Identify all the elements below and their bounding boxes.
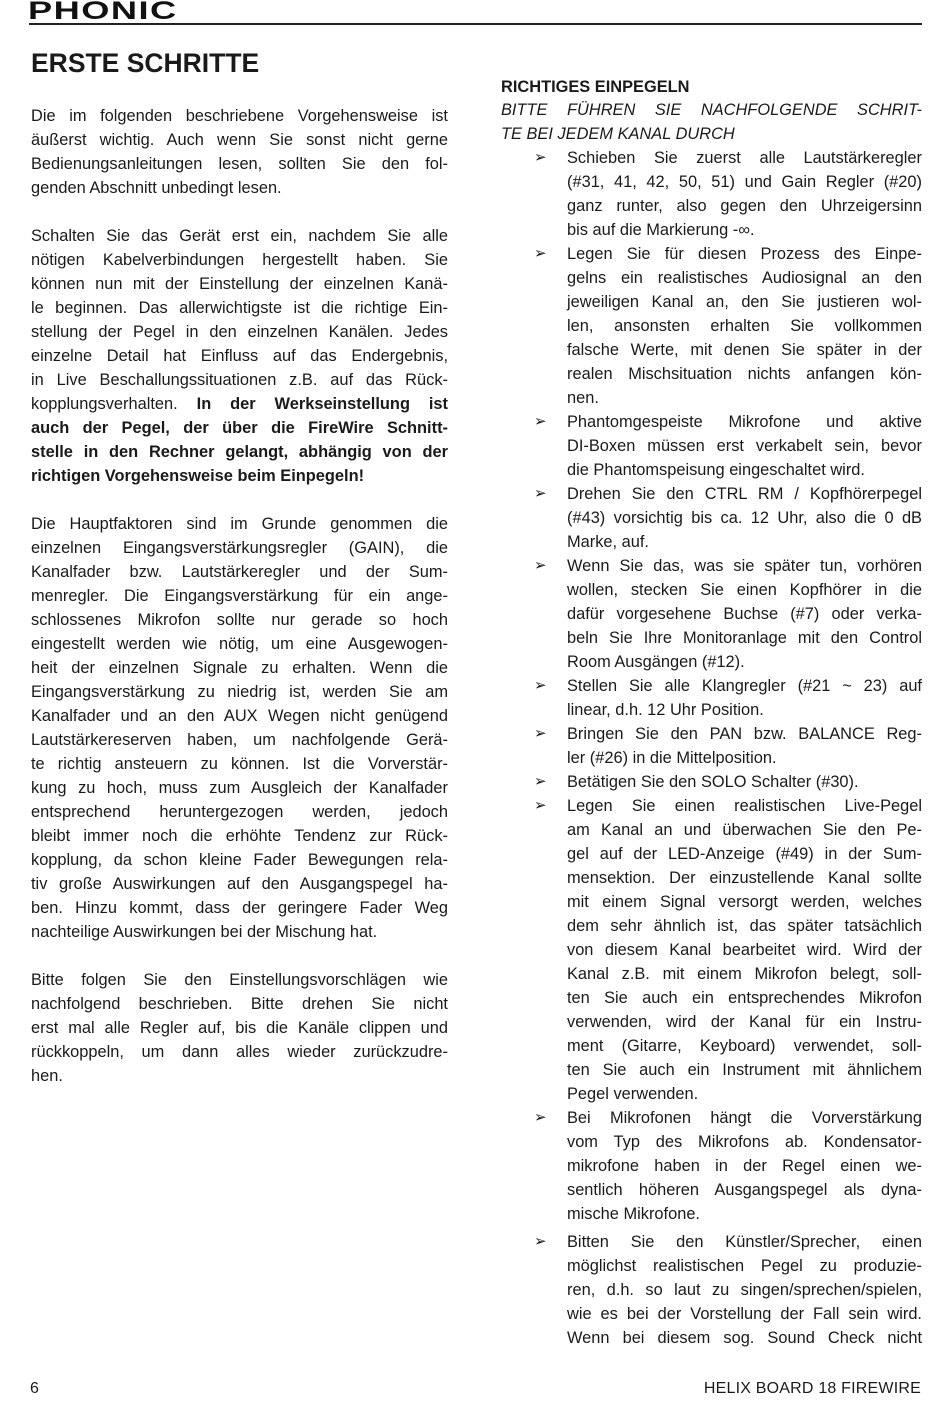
text-line: äußerst wichtig. Auch wenn Sie sonst nic… [31, 128, 448, 152]
text-line: mische Mikrofone. [567, 1202, 922, 1226]
text-line: nötigen Kabelverbindungen hergestellt ha… [31, 248, 448, 272]
text-line: sentlich höheren Ausgangspegel als dyna- [567, 1178, 922, 1202]
text-line: mikrofone haben in der Regel einen we- [567, 1154, 922, 1178]
text-line: Kanalfader und an den AUX Wegen nicht ge… [31, 704, 448, 728]
text-line: genden Abschnitt unbedingt lesen. [31, 176, 448, 200]
text-line-bold: auch der Pegel, der über die FireWire Sc… [31, 416, 448, 440]
text-line: bleibt immer noch die erhöhte Tendenz zu… [31, 824, 448, 848]
text-line: Phantomgespeiste Mikrofone und aktive [567, 410, 922, 434]
text-line: te richtig ansteuern zu können. Ist die … [31, 752, 448, 776]
arrow-bullet-icon: ➢ [534, 242, 547, 266]
text-line: le beginnen. Das allerwichtigste ist die… [31, 296, 448, 320]
text-line: Drehen Sie den CTRL RM / Kopfhörerpegel [567, 482, 922, 506]
text-line: Bei Mikrofonen hängt die Vorverstärkung [567, 1106, 922, 1130]
text-line: tiv große Auswirkungen auf den Ausgangsp… [31, 872, 448, 896]
text-line: (#31, 41, 42, 50, 51) und Gain Regler (#… [567, 170, 922, 194]
text-line: dem sehr ähnlich ist, das später tatsäch… [567, 914, 922, 938]
text-line: Stellen Sie alle Klangregler (#21 ~ 23) … [567, 674, 922, 698]
arrow-bullet-icon: ➢ [534, 794, 547, 818]
text-line: Room Ausgängen (#12). [567, 650, 922, 674]
text-line-bold: richtigen Vorgehensweise beim Einpegeln! [31, 464, 448, 488]
text-line: ten Sie auch ein entsprechendes Mikrofon [567, 986, 922, 1010]
subsection-instruction-line: BITTE FÜHREN SIE NACHFOLGENDE SCHRIT- [501, 98, 922, 122]
text-line: Bitten Sie den Künstler/Sprecher, einen [567, 1230, 922, 1254]
text-line: DI-Boxen müssen erst verkabelt sein, bev… [567, 434, 922, 458]
arrow-bullet-icon: ➢ [534, 770, 547, 794]
arrow-bullet-icon: ➢ [534, 482, 547, 506]
text-line: Pegel verwenden. [567, 1082, 922, 1106]
text-line: nachteilige Auswirkungen bei der Mischun… [31, 920, 448, 944]
text-line: Eingangsverstärkung zu niedrig ist, werd… [31, 680, 448, 704]
text-line: entsprechend heruntergezogen werden, jed… [31, 800, 448, 824]
text-line: ment (Gitarre, Keyboard) verwendet, soll… [567, 1034, 922, 1058]
text-line: Die Hauptfaktoren sind im Grunde genomme… [31, 512, 448, 536]
text-line: Kanalfader bzw. Lautstärkeregler und der… [31, 560, 448, 584]
text-line: Betätigen Sie den SOLO Schalter (#30). [567, 770, 922, 794]
text-line: realen Mischsituation nichts anfangen kö… [567, 362, 922, 386]
text-line: wie es bei der Vorstellung der Fall sein… [567, 1302, 922, 1326]
text-line: linear, d.h. 12 Uhr Position. [567, 698, 922, 722]
text-line: nen. [567, 386, 922, 410]
text-line: Bedienungsanleitungen lesen, sollten Sie… [31, 152, 448, 176]
text-line: bis auf die Markierung -∞. [567, 218, 922, 242]
text-line: hen. [31, 1064, 448, 1088]
arrow-bullet-icon: ➢ [534, 1106, 547, 1130]
text-line: kopplung, da schon kleine Fader Bewegung… [31, 848, 448, 872]
text-line: verwenden, wird der Kanal für ein Instru… [567, 1010, 922, 1034]
text-line: einzelne Detail hat Einfluss auf das End… [31, 344, 448, 368]
product-title: HELIX BOARD 18 FIREWIRE [704, 1380, 921, 1398]
text-line: erst mal alle Regler auf, bis die Kanäle… [31, 1016, 448, 1040]
text-line: gel auf der LED-Anzeige (#49) in der Sum… [567, 842, 922, 866]
text-line: dafür vorgesehene Buchse (#7) oder verka… [567, 602, 922, 626]
arrow-bullet-icon: ➢ [534, 722, 547, 746]
text-emphasis: In der Werkseinstellung ist [197, 395, 448, 413]
text-line: mit einem Signal versorgt werden, welche… [567, 890, 922, 914]
text-line: vom Typ des Mikrofons ab. Kondensator- [567, 1130, 922, 1154]
subsection-heading: RICHTIGES EINPEGELN [501, 78, 690, 97]
text-line: kung zu hoch, muss zum Ausgleich der Kan… [31, 776, 448, 800]
text-line: beln Sie Ihre Monitoranlage mit den Cont… [567, 626, 922, 650]
text-line: Legen Sie für diesen Prozess des Einpe- [567, 242, 922, 266]
text-line: Schalten Sie das Gerät erst ein, nachdem… [31, 224, 448, 248]
text-line-mixed: kopplungsverhalten. In der Werkseinstell… [31, 392, 448, 416]
arrow-bullet-icon: ➢ [534, 410, 547, 434]
text-line: len, ansonsten erhalten Sie vollkommen [567, 314, 922, 338]
text-line: können nun mit der Einstellung der einze… [31, 272, 448, 296]
arrow-bullet-icon: ➢ [534, 554, 547, 578]
text-line: Wenn bei diesem sog. Sound Check nicht [567, 1326, 922, 1350]
text-line: falsche Werte, mit denen Sie später in d… [567, 338, 922, 362]
arrow-bullet-icon: ➢ [534, 146, 547, 170]
text-line: Bringen Sie den PAN bzw. BALANCE Reg- [567, 722, 922, 746]
brand-logo: PHONIC [28, 0, 178, 22]
text-line: Die im folgenden beschriebene Vorgehensw… [31, 104, 448, 128]
text-line: menregler. Die Eingangsverstärkung für e… [31, 584, 448, 608]
text-line: ler (#26) in die Mittelposition. [567, 746, 922, 770]
section-title: ERSTE SCHRITTE [31, 48, 259, 79]
text-line: ten Sie auch ein Instrument mit ähnliche… [567, 1058, 922, 1082]
text-line: heit der einzelnen Signale zu erhalten. … [31, 656, 448, 680]
page-number: 6 [30, 1380, 39, 1398]
text-normal: kopplungsverhalten. [31, 395, 178, 413]
text-line: am Kanal an und überwachen Sie den Pe- [567, 818, 922, 842]
text-line: rückkoppeln, um dann alles wieder zurück… [31, 1040, 448, 1064]
text-line: die Phantomspeisung eingeschaltet wird. [567, 458, 922, 482]
text-line: (#43) vorsichtig bis ca. 12 Uhr, also di… [567, 506, 922, 530]
text-line: wollen, stecken Sie einen Kopfhörer in d… [567, 578, 922, 602]
text-line: ren, d.h. so laut zu singen/sprechen/spi… [567, 1278, 922, 1302]
text-line: Wenn Sie das, was sie später tun, vorhör… [567, 554, 922, 578]
subsection-instruction-line: TE BEI JEDEM KANAL DURCH [501, 122, 735, 146]
text-line: einzelnen Eingangsverstärkungsregler (GA… [31, 536, 448, 560]
text-line: nachfolgend beschrieben. Bitte drehen Si… [31, 992, 448, 1016]
text-line: mensektion. Der einzustellende Kanal sol… [567, 866, 922, 890]
text-line-bold: stelle in den Rechner gelangt, abhängig … [31, 440, 448, 464]
text-line: eingestellt werden wie nötig, um eine Au… [31, 632, 448, 656]
arrow-bullet-icon: ➢ [534, 674, 547, 698]
text-line: von diesem Kanal bearbeitet wird. Wird d… [567, 938, 922, 962]
header-divider [29, 23, 922, 25]
text-line: Bitte folgen Sie den Einstellungsvorschl… [31, 968, 448, 992]
text-line: jeweiligen Kanal an, den Sie justieren w… [567, 290, 922, 314]
text-line: gelns ein realistisches Audiosignal an d… [567, 266, 922, 290]
text-line: Lautstärkereserven haben, um nachfolgend… [31, 728, 448, 752]
text-line: möglichst realistischen Pegel zu produzi… [567, 1254, 922, 1278]
text-line: ben. Hinzu kommt, dass der geringere Fad… [31, 896, 448, 920]
text-line: Legen Sie einen realistischen Live-Pegel [567, 794, 922, 818]
text-line: Schieben Sie zuerst alle Lautstärkeregle… [567, 146, 922, 170]
text-line: stellung der Pegel in den einzelnen Kanä… [31, 320, 448, 344]
text-line: ganz runter, also gegen den Uhrzeigersin… [567, 194, 922, 218]
arrow-bullet-icon: ➢ [534, 1230, 547, 1254]
text-line: Marke, auf. [567, 530, 922, 554]
text-line: schlossenes Mikrofon sollte nur gerade s… [31, 608, 448, 632]
text-line: in Live Beschallungssituationen z.B. auf… [31, 368, 448, 392]
text-line: Kanal z.B. mit einem Mikrofon belegt, so… [567, 962, 922, 986]
